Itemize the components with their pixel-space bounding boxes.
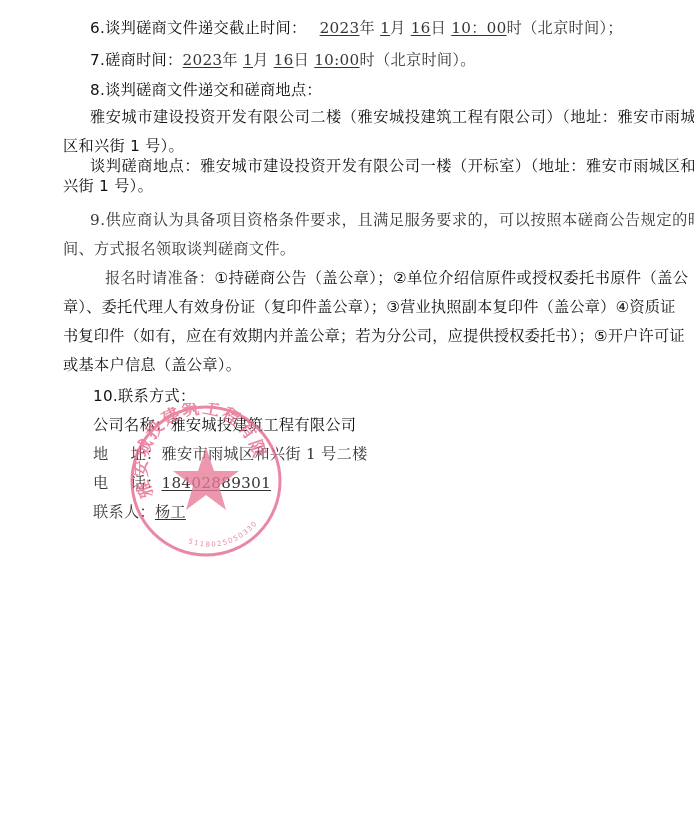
item-7-negotiation-time: 7.磋商时间：2023年 1月 16日 10:00时（北京时间）。 xyxy=(90,50,476,70)
item-7-year: 2023 xyxy=(183,51,223,69)
item-6-month: 1 xyxy=(380,19,390,37)
month-unit: 月 xyxy=(253,51,269,69)
item-7-time: 10:00 xyxy=(314,51,359,69)
item-8-negotiation-location-line2: 兴街 1 号）。 xyxy=(63,176,153,196)
item-9-prep-line3: 书复印件（如有，应在有效期内并盖公章；若为分公司，应提供授权委托书）；⑤开户许可… xyxy=(63,326,685,346)
seal-code-text: 5118025050330 xyxy=(187,519,259,549)
item-10-label: 10.联系方式： xyxy=(93,386,196,406)
phone-label-b: 话： xyxy=(131,474,162,492)
item-9-prep-line1: 报名时请准备：①持磋商公告（盖公章）；②单位介绍信原件或授权委托书原件（盖公 xyxy=(105,268,689,288)
item-7-day: 16 xyxy=(274,51,294,69)
item-9-prep-line2: 章）、委托代理人有效身份证（复印件盖公章）；③营业执照副本复印件（盖公章）④资质… xyxy=(63,297,676,317)
phone-label-a: 电 xyxy=(93,474,109,492)
item-9-prep-line4: 或基本户信息（盖公章）。 xyxy=(63,355,241,375)
item-8-submit-location-line2: 区和兴街 1 号）。 xyxy=(63,136,184,156)
item-6-time: 10：00 xyxy=(451,19,506,37)
year-unit: 年 xyxy=(359,19,375,37)
item-9-line1: 9.供应商认为具备项目资格条件要求，且满足服务要求的，可以按照本磋商公告规定的时 xyxy=(90,210,694,230)
contact-address-row: 地址：雅安市雨城区和兴街 1 号二楼 xyxy=(93,444,368,464)
item-6-year: 2023 xyxy=(320,19,360,37)
address-label-a: 地 xyxy=(93,445,109,463)
item-6-day: 16 xyxy=(411,19,431,37)
day-unit: 日 xyxy=(294,51,310,69)
item-6-submission-deadline: 6.谈判磋商文件递交截止时间： 2023年 1月 16日 10：00时（北京时间… xyxy=(90,18,623,38)
contact-person-row: 联系人：杨工 xyxy=(93,502,186,522)
item-7-suffix: 时（北京时间）。 xyxy=(360,51,476,69)
item-7-label: 7.磋商时间： xyxy=(90,51,183,69)
contact-person-value: 杨工 xyxy=(155,503,186,521)
item-6-suffix: 时（北京时间）； xyxy=(507,19,623,37)
item-7-month: 1 xyxy=(243,51,253,69)
month-unit: 月 xyxy=(390,19,406,37)
item-9-line2: 间、方式报名领取谈判磋商文件。 xyxy=(63,239,295,259)
phone-value: 18402889301 xyxy=(161,474,271,492)
item-9-prep-label: 报名时请准备： xyxy=(105,269,214,287)
address-label-b: 址： xyxy=(131,445,162,463)
item-9-text-line1: 9.供应商认为具备项目资格条件要求，且满足服务要求的，可以按照本磋商公告规定的时 xyxy=(90,211,694,229)
item-8-submit-location-line1: 雅安城市建设投资开发有限公司二楼（雅安城投建筑工程有限公司）（地址：雅安市雨城 xyxy=(90,107,694,127)
svg-text:5118025050330: 5118025050330 xyxy=(187,519,259,549)
company-label: 公司名称： xyxy=(93,416,170,434)
contact-phone-row: 电话：18402889301 xyxy=(93,473,271,493)
day-unit: 日 xyxy=(431,19,447,37)
contact-person-label: 联系人： xyxy=(93,503,155,521)
company-value: 雅安城投建筑工程有限公司 xyxy=(170,416,356,434)
item-9-prep-text1: ①持磋商公告（盖公章）；②单位介绍信原件或授权委托书原件（盖公 xyxy=(214,269,688,287)
item-6-label: 6.谈判磋商文件递交截止时间： xyxy=(90,19,306,37)
item-8-negotiation-location-line1: 谈判磋商地点：雅安城市建设投资开发有限公司一楼（开标室）（地址：雅安市雨城区和 xyxy=(90,156,694,176)
year-unit: 年 xyxy=(222,51,238,69)
contact-company-row: 公司名称：雅安城投建筑工程有限公司 xyxy=(93,415,356,435)
item-8-label: 8.谈判磋商文件递交和磋商地点： xyxy=(90,80,322,100)
address-value: 雅安市雨城区和兴街 1 号二楼 xyxy=(161,445,367,463)
